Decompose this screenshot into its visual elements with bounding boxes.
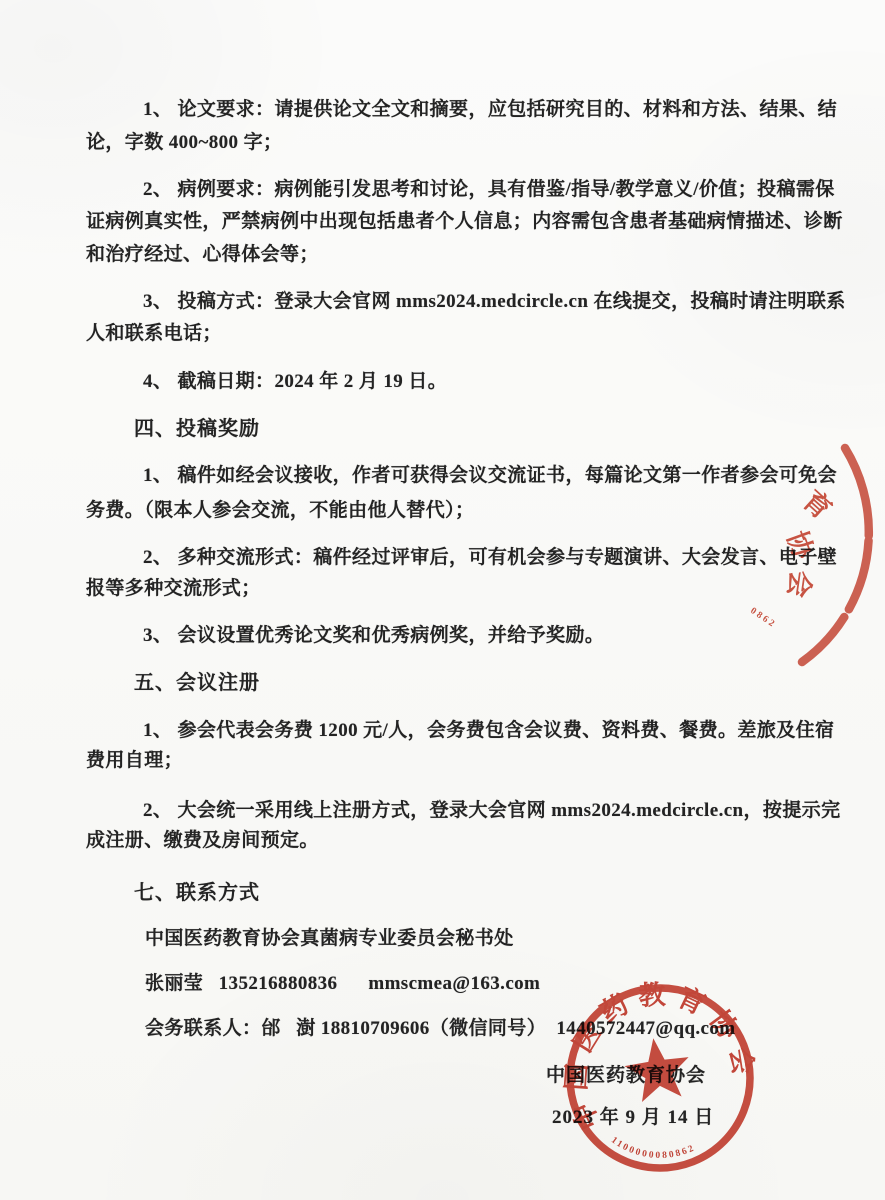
contact-person-line: 张丽莹 135216880836 mmscmea@163.com — [145, 972, 540, 996]
section-heading-contact: 七、联系方式 — [134, 881, 260, 905]
text-line: 费用自理； — [86, 749, 183, 773]
text-line: 1、 论文要求：请提供论文全文和摘要，应包括研究目的、材料和方法、结果、结 — [143, 98, 837, 122]
section-heading-registration: 五、会议注册 — [134, 671, 260, 695]
text-line: 1、 参会代表会务费 1200 元/人，会务费包含会议费、资料费、餐费。差旅及住… — [143, 719, 834, 743]
section-heading-awards: 四、投稿奖励 — [134, 417, 260, 441]
text-line: 3、 投稿方式：登录大会官网 mms2024.medcircle.cn 在线提交… — [143, 290, 846, 314]
text-line: 1、 稿件如经会议接收，作者可获得会议交流证书，每篇论文第一作者参会可免会 — [143, 464, 837, 488]
text-line: 和治疗经过、心得体会等； — [86, 243, 319, 267]
text-line: 成注册、缴费及房间预定。 — [86, 829, 319, 853]
text-line: 务费。（限本人参会交流，不能由他人替代）； — [86, 499, 474, 523]
text-line: 报等多种交流形式； — [86, 577, 261, 601]
signature-date: 2023 年 9 月 14 日 — [552, 1106, 714, 1130]
document-page: 1、 论文要求：请提供论文全文和摘要，应包括研究目的、材料和方法、结果、结 论，… — [0, 0, 885, 1200]
text-line: 证病例真实性，严禁病例中出现包括患者个人信息；内容需包含患者基础病情描述、诊断 — [86, 210, 843, 234]
text-line: 2、 多种交流形式：稿件经过评审后，可有机会参与专题演讲、大会发言、电子壁 — [143, 546, 837, 570]
partial-seal-serial: 0862 — [748, 606, 778, 631]
text-line: 人和联系电话； — [86, 322, 222, 346]
secretariat-line: 中国医药教育协会真菌病专业委员会秘书处 — [145, 927, 514, 951]
text-line: 4、 截稿日期：2024 年 2 月 19 日。 — [143, 370, 447, 394]
contact-person-line: 会务联系人：邰 澍 18810709606（微信同号） 1440572447@q… — [145, 1017, 736, 1041]
text-line: 论，字数 400~800 字； — [86, 131, 282, 155]
partial-seal-char: 育 — [797, 484, 838, 525]
text-line: 3、 会议设置优秀论文奖和优秀病例奖，并给予奖励。 — [143, 624, 604, 648]
partial-seal-char: 会 — [782, 569, 815, 600]
signature-org: 中国医药教育协会 — [546, 1064, 706, 1088]
text-line: 2、 病例要求：病例能引发思考和讨论，具有借鉴/指导/教学意义/价值；投稿需保 — [143, 178, 835, 202]
text-line: 2、 大会统一采用线上注册方式，登录大会官网 mms2024.medcircle… — [143, 799, 841, 823]
seal-serial-number: 1100000080862 — [609, 1135, 697, 1161]
svg-text:1100000080862: 1100000080862 — [609, 1135, 697, 1161]
